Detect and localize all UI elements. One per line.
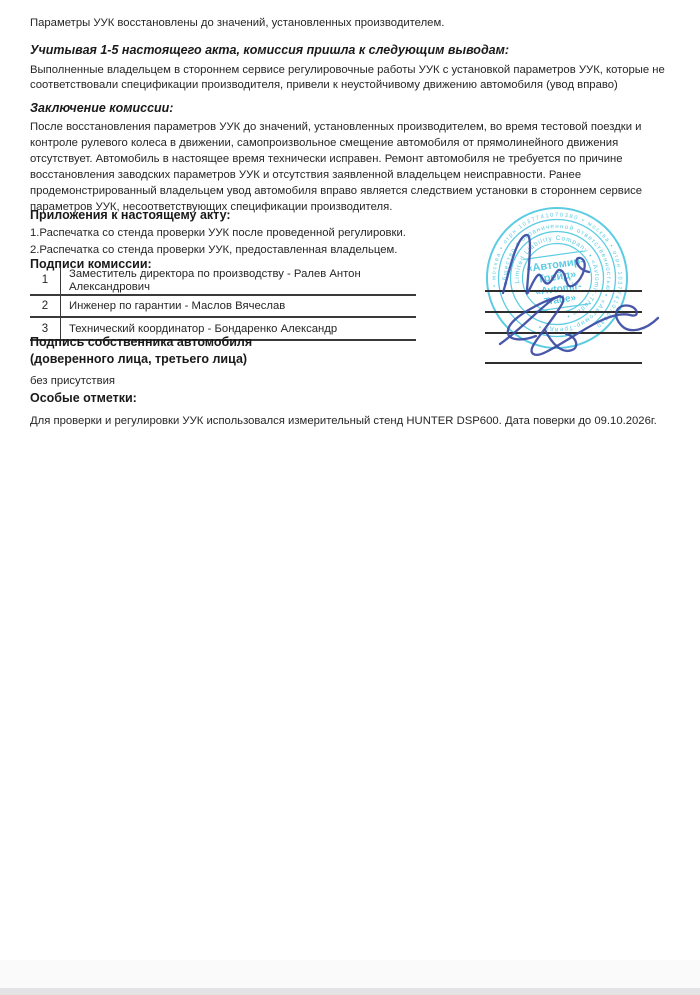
owner-heading-line-2: (доверенного лица, третьего лица) <box>30 352 247 366</box>
row-number: 2 <box>30 295 61 317</box>
conclusion-heading: Заключение комиссии: <box>30 101 675 115</box>
attachments-heading: Приложения к настоящему акту: <box>30 208 231 222</box>
special-notes-text: Для проверки и регулировки УУК использов… <box>30 414 690 429</box>
row-number: 1 <box>30 267 61 295</box>
findings-paragraph: Выполненные владельцем в стороннем серви… <box>30 63 674 93</box>
committee-table: 1 Заместитель директора по производству … <box>30 267 416 341</box>
table-row: 1 Заместитель директора по производству … <box>30 267 416 295</box>
signature-ralev <box>503 235 589 294</box>
intro-paragraph: Параметры УУК восстановлены до значений,… <box>30 16 675 31</box>
scan-bottom-soft-band <box>0 960 700 988</box>
owner-presence-note: без присутствия <box>30 374 115 389</box>
table-row: 2 Инженер по гарантии - Маслов Вячеслав <box>30 295 416 317</box>
findings-heading: Учитывая 1-5 настоящего акта, комиссия п… <box>30 43 675 57</box>
scan-bottom-edge <box>0 988 700 995</box>
special-notes-heading: Особые отметки: <box>30 391 137 405</box>
row-title: Инженер по гарантии - Маслов Вячеслав <box>61 295 417 317</box>
signature-large-stroke-3 <box>545 330 576 351</box>
signature-large-stroke-1 <box>500 297 658 355</box>
handwritten-signatures <box>420 220 682 390</box>
scanned-document-page: Параметры УУК восстановлены до значений,… <box>0 0 700 995</box>
row-title: Заместитель директора по производству - … <box>61 267 417 295</box>
owner-heading-line-1: Подпись собственника автомобиля <box>30 335 252 349</box>
